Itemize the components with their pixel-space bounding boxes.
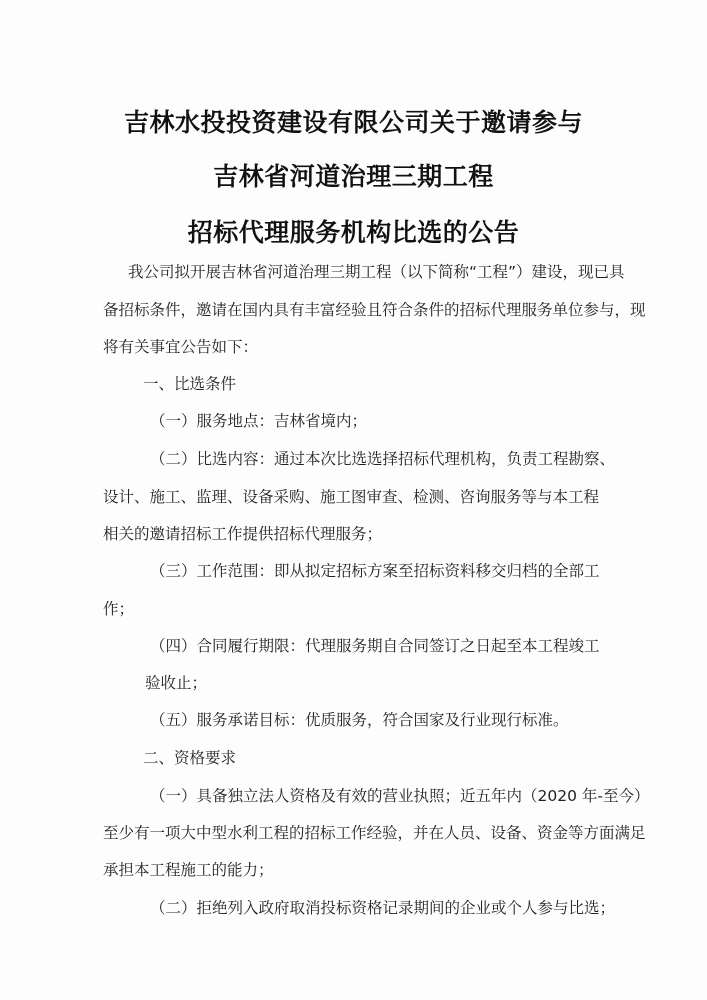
document-title-line-2: 吉林省河道治理三期工程: [0, 157, 707, 193]
section-1-item-4-line-2: 验收止；: [145, 673, 207, 693]
section-1-item-2-line-2: 设计、施工、监理、设备采购、施工图审查、检测、咨询服务等与本工程: [103, 487, 599, 507]
document-page: 吉林水投投资建设有限公司关于邀请参与 吉林省河道治理三期工程 招标代理服务机构比…: [0, 0, 707, 1000]
section-1-item-1-line-1: （一）服务地点：吉林省境内；: [150, 411, 367, 431]
section-2-item-1-line-2: 至少有一项大中型水利工程的招标工作经验，并在人员、设备、资金等方面满足: [103, 823, 646, 843]
section-1-item-3-line-1: （三）工作范围：即从拟定招标方案至招标资料移交归档的全部工: [150, 561, 600, 581]
section-2-item-2-line-1: （二）拒绝列入政府取消投标资格记录期间的企业或个人参与比选；: [150, 898, 615, 918]
section-1-item-4-line-1: （四）合同履行期限：代理服务期自合同签订之日起至本工程竣工: [150, 636, 600, 656]
section-1-heading: 一、比选条件: [143, 374, 236, 394]
section-1-item-2-line-1: （二）比选内容：通过本次比选选择招标代理机构，负责工程勘察、: [150, 449, 615, 469]
section-1-item-2-line-3: 相关的邀请招标工作提供招标代理服务；: [103, 524, 382, 544]
section-2-item-1-line-3: 承担本工程施工的能力；: [103, 860, 274, 880]
section-1-item-3-line-2: 作；: [103, 599, 134, 619]
document-title-line-1: 吉林水投投资建设有限公司关于邀请参与: [0, 103, 707, 139]
document-title-line-3: 招标代理服务机构比选的公告: [0, 213, 707, 249]
section-2-heading: 二、资格要求: [143, 748, 236, 768]
intro-paragraph-line-1: 我公司拟开展吉林省河道治理三期工程（以下简称“工程”）建设，现已具: [128, 262, 625, 282]
section-2-item-1-line-1: （一）具备独立法人资格及有效的营业执照；近五年内（2020 年-至今）: [150, 786, 649, 806]
intro-paragraph-line-2: 备招标条件，邀请在国内具有丰富经验且符合条件的招标代理服务单位参与，现: [103, 300, 646, 320]
section-1-item-5-line-1: （五）服务承诺目标：优质服务，符合国家及行业现行标准。: [150, 710, 569, 730]
intro-paragraph-line-3: 将有关事宜公告如下：: [103, 337, 258, 357]
